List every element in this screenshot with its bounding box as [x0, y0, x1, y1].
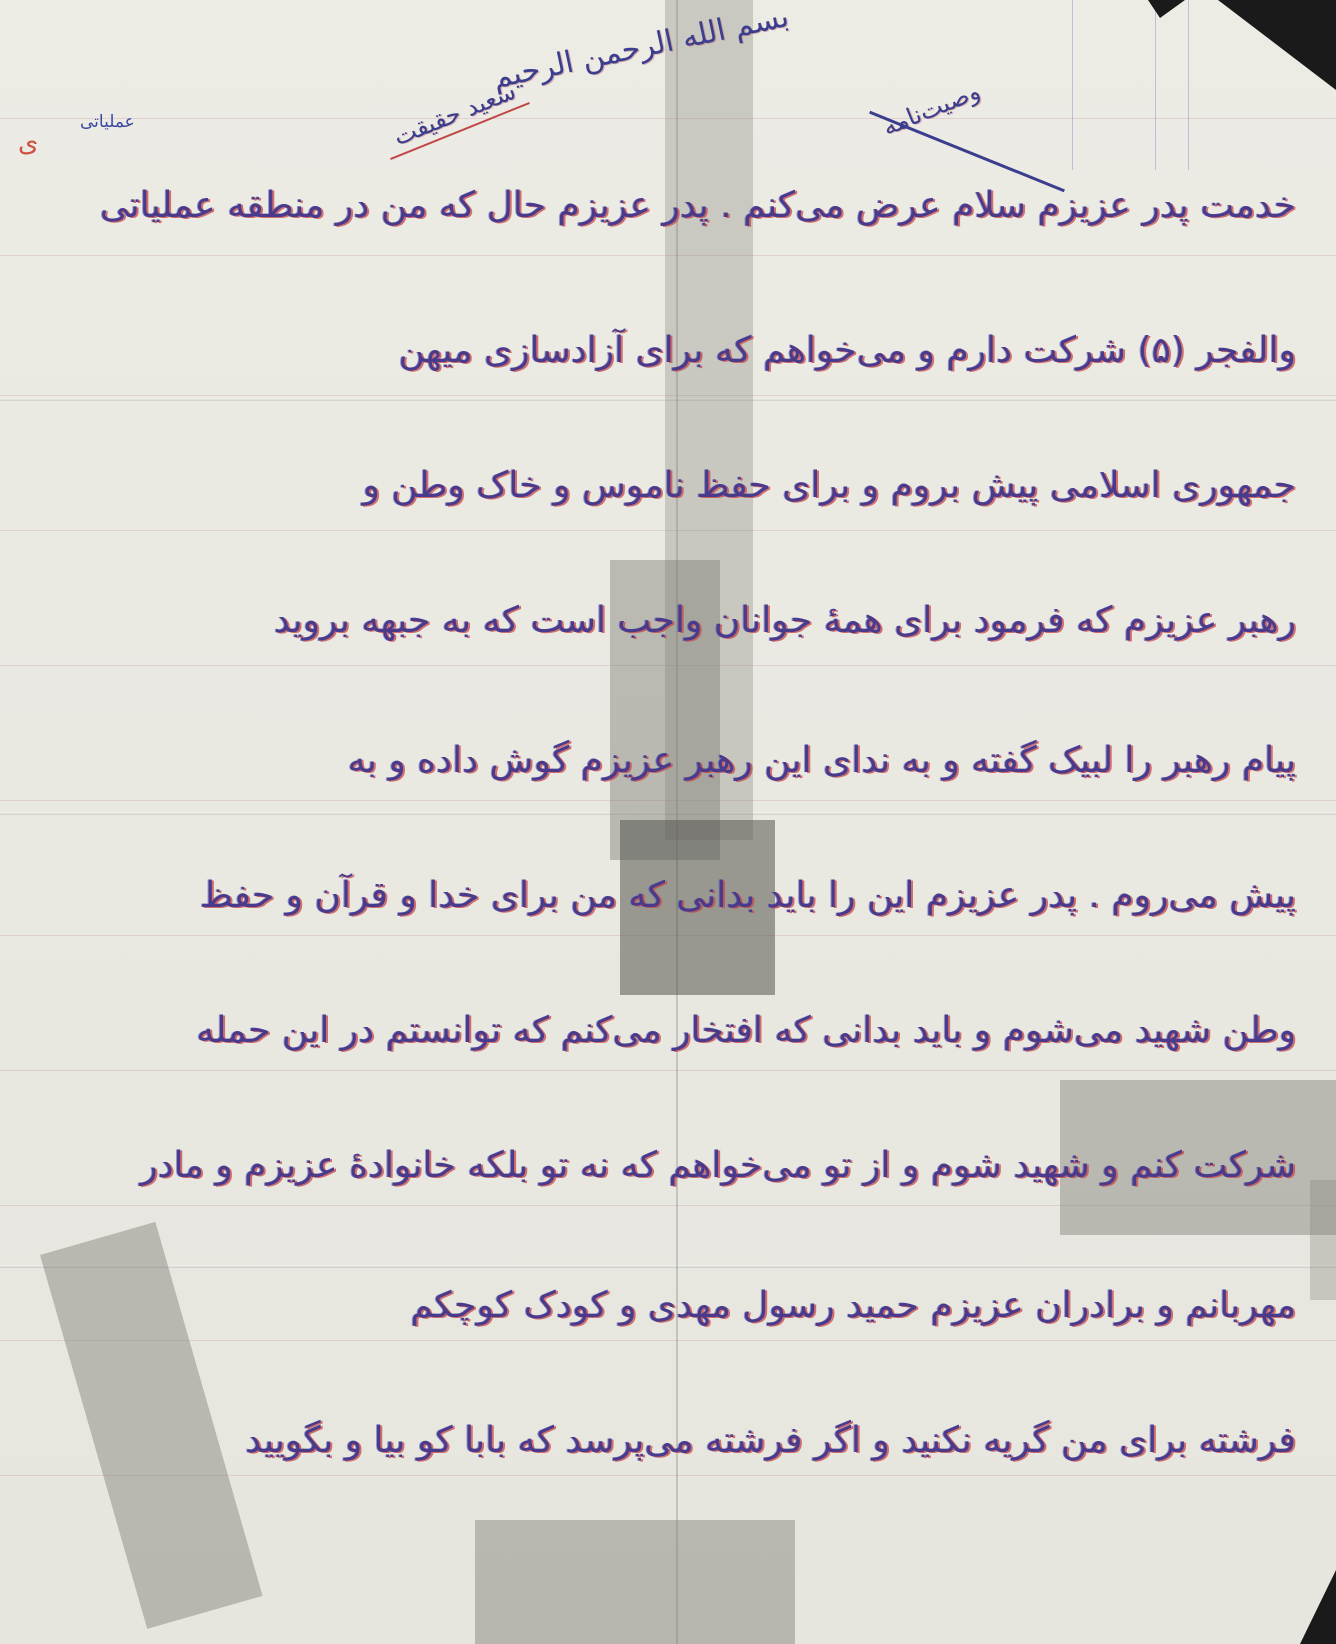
tape-strip	[40, 1222, 263, 1629]
letter-line: شرکت کنم و شهید شوم و از تو می‌خواهم که …	[140, 1145, 1296, 1186]
letter-line: وطن شهید می‌شوم و باید بدانی که افتخار م…	[196, 1010, 1296, 1051]
tape-strip	[475, 1520, 795, 1644]
letter-line: مهربانم و برادران عزیزم حمید رسول مهدی و…	[410, 1285, 1296, 1326]
letter-line: رهبر عزیزم که فرمود برای همهٔ جوانان واج…	[274, 600, 1296, 641]
margin-line	[1188, 0, 1189, 170]
paper-fold	[0, 1265, 1336, 1268]
tape-strip	[1310, 1180, 1336, 1300]
title-underline	[869, 111, 1065, 192]
margin-note: عملیاتی	[80, 112, 135, 132]
ruled-line	[0, 1340, 1336, 1341]
document-title: وصیت‌نامه	[878, 77, 984, 141]
letter-paper: بسم الله الرحمن الرحیم وصیت‌نامه سعید حق…	[0, 0, 1336, 1644]
ruled-line	[0, 1070, 1336, 1071]
letter-line: جمهوری اسلامی پیش بروم و برای حفظ ناموس …	[362, 465, 1296, 506]
margin-mark: ى	[18, 128, 38, 158]
letter-line: فرشته برای من گریه نکنید و اگر فرشته می‌…	[245, 1420, 1296, 1461]
letter-line: خدمت پدر عزیزم سلام عرض می‌کنم . پدر عزی…	[100, 185, 1296, 226]
letter-line: پیش می‌روم . پدر عزیزم این را باید بدانی…	[200, 875, 1296, 916]
margin-line	[1155, 0, 1156, 170]
letter-line: والفجر (۵) شرکت دارم و می‌خواهم که برای …	[398, 330, 1296, 371]
letter-line: پیام رهبر را لبیک گفته و به ندای این رهب…	[348, 740, 1296, 781]
margin-line	[1072, 0, 1073, 170]
